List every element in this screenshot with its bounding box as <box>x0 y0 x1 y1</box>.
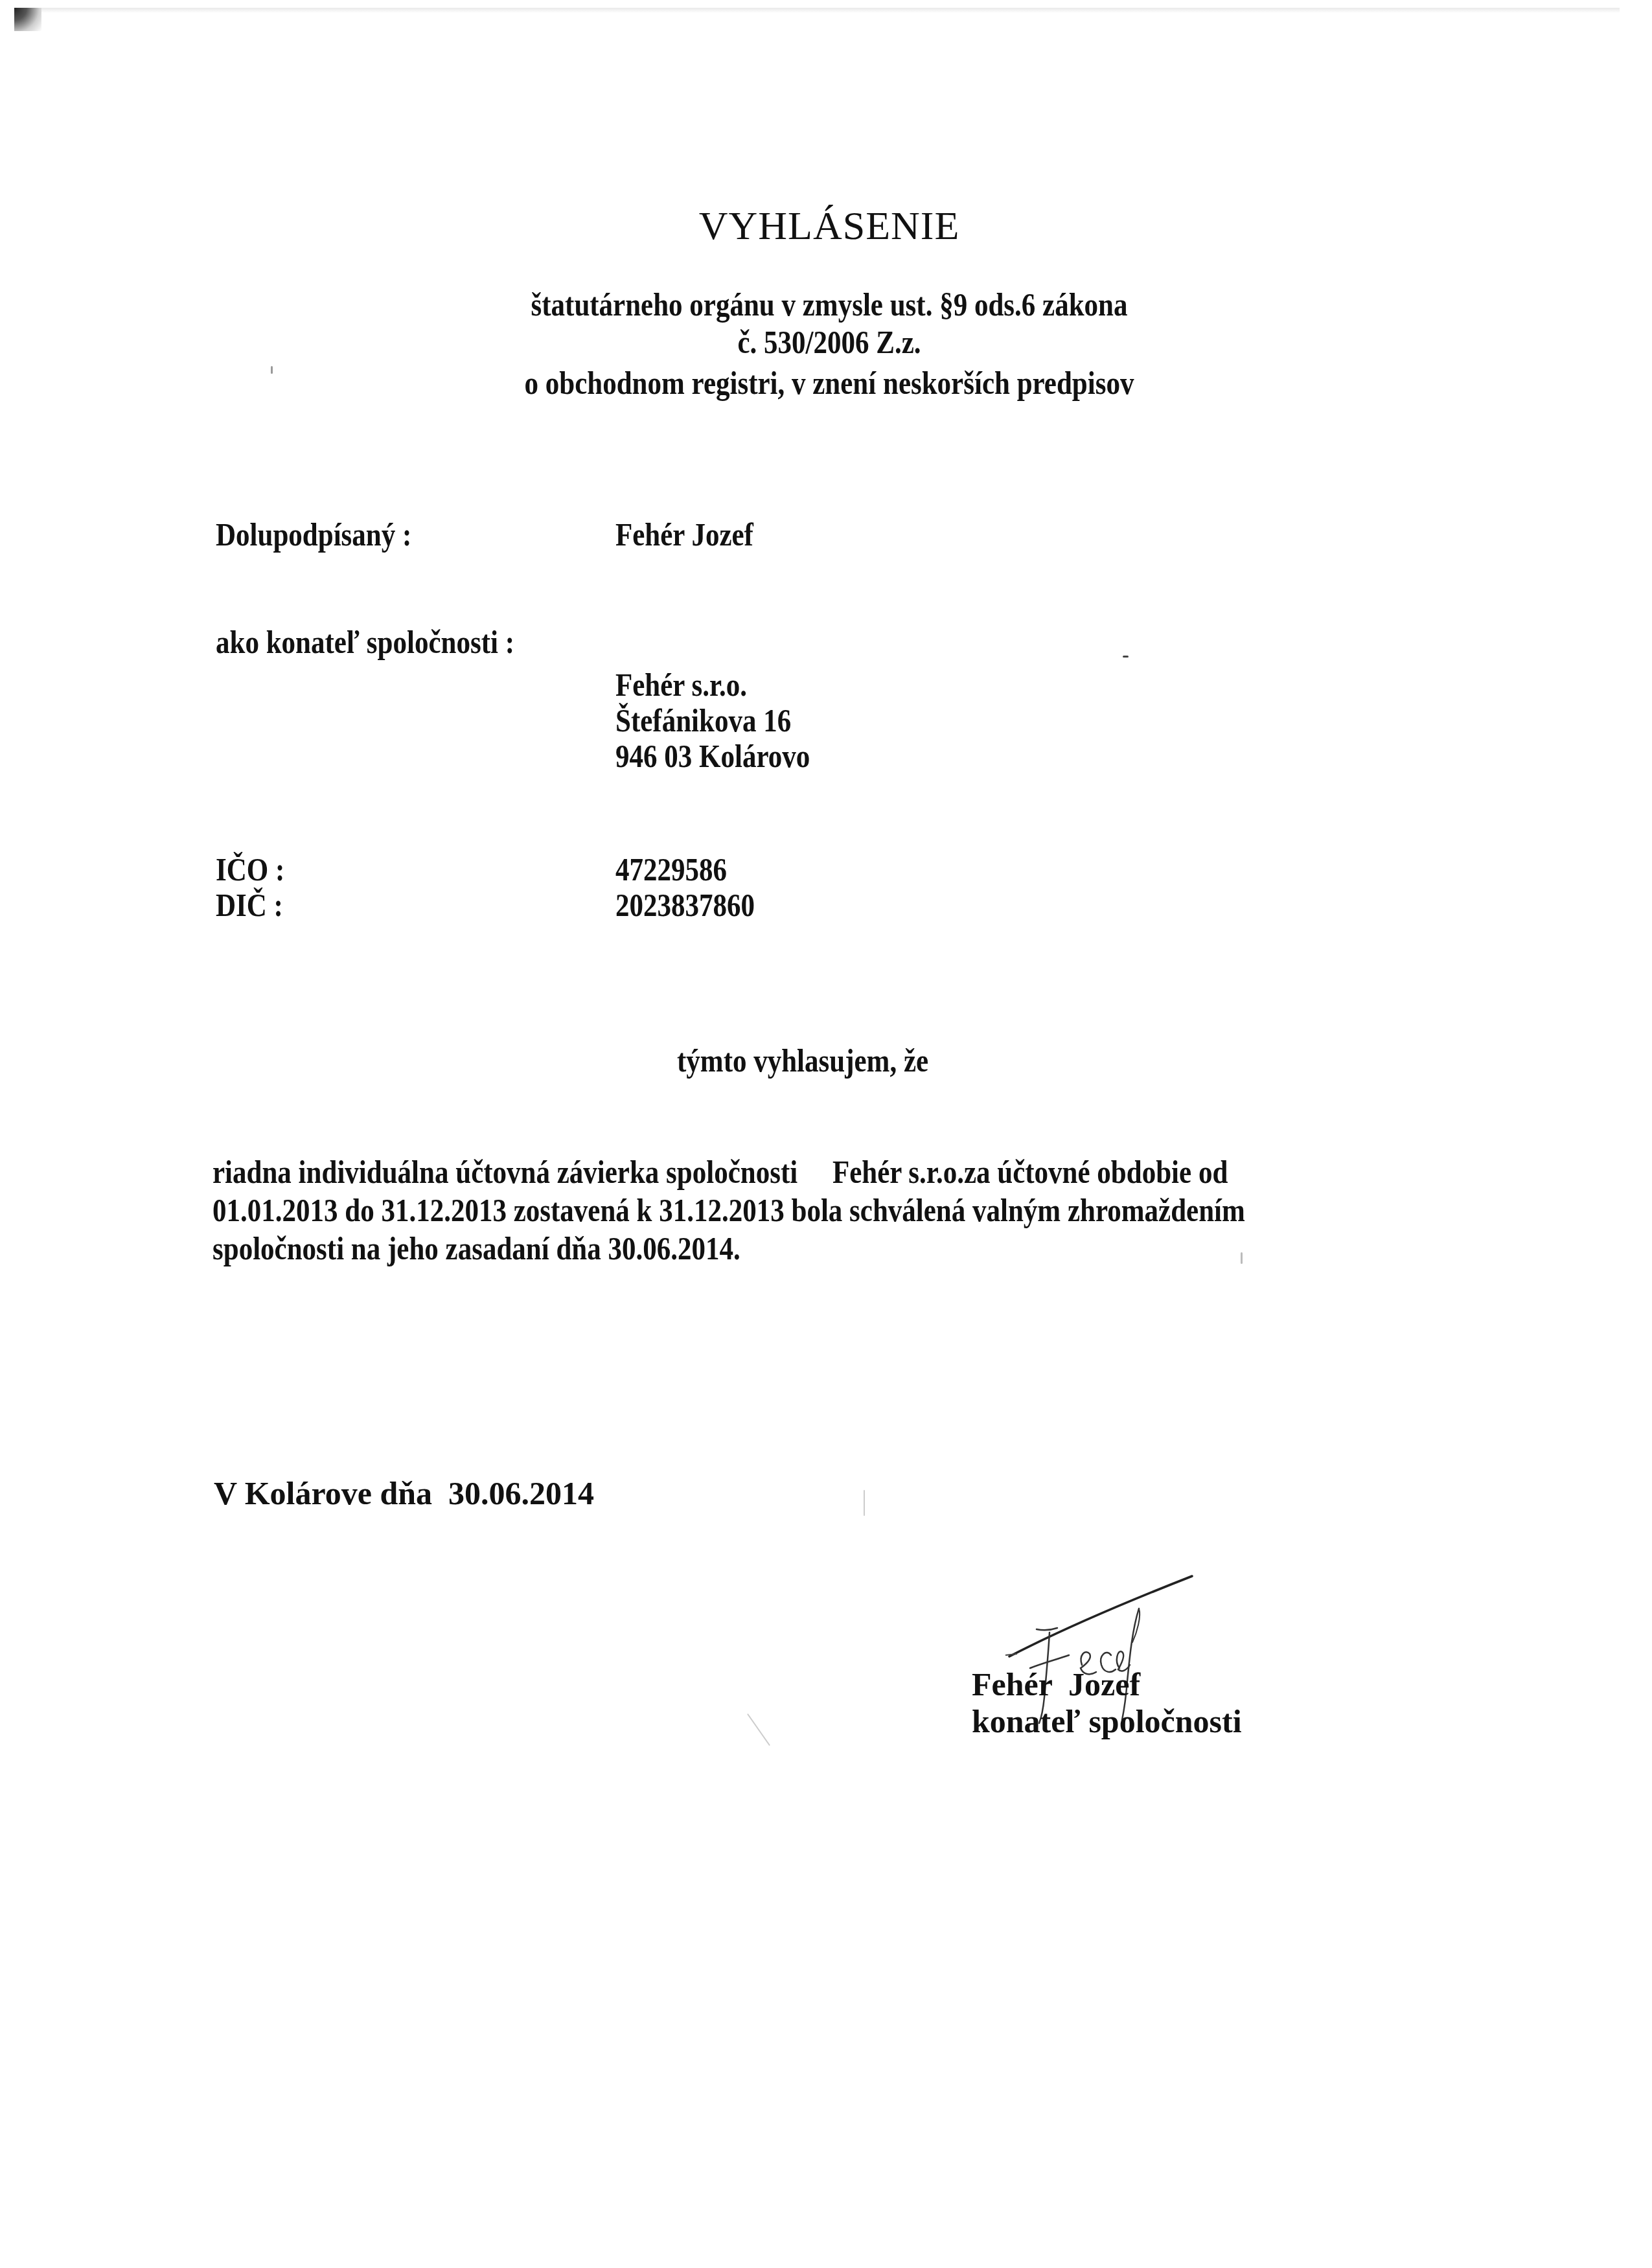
scan-speck <box>1123 656 1129 658</box>
declaration-intro: týmto vyhlasujem, že <box>677 1044 928 1077</box>
signatory-role: konateľ spoločnosti <box>972 1705 1242 1737</box>
company-name: Fehér s.r.o. <box>615 669 747 701</box>
declaration-line-1: riadna individuálna účtovná závierka spo… <box>212 1156 1228 1188</box>
dic-value: 2023837860 <box>615 889 755 921</box>
company-city: 946 03 Kolárovo <box>615 740 810 772</box>
scan-speck <box>864 1490 865 1516</box>
document-title: VYHLÁSENIE <box>0 206 1652 246</box>
scan-corner-shadow <box>14 8 41 31</box>
place-date: V Kolárove dňa 30.06.2014 <box>214 1477 594 1509</box>
undersigned-value: Fehér Jozef <box>615 518 753 551</box>
dic-label: DIČ : <box>216 889 283 921</box>
company-street: Štefánikova 16 <box>615 704 791 737</box>
subtitle-line-1: štatutárneho orgánu v zmysle ust. §9 ods… <box>116 288 1543 321</box>
subtitle-line-2: č. 530/2006 Z.z. <box>116 326 1543 358</box>
undersigned-label: Dolupodpísaný : <box>216 518 411 551</box>
declaration-line-2: 01.01.2013 do 31.12.2013 zostavená k 31.… <box>212 1194 1245 1226</box>
scan-speck <box>747 1713 770 1746</box>
role-label: ako konateľ spoločnosti : <box>216 626 514 658</box>
ico-label: IČO : <box>216 853 284 886</box>
signatory-name: Fehér Jozef <box>972 1668 1140 1701</box>
subtitle-line-3: o obchodnom registri, v znení neskorších… <box>116 367 1543 399</box>
scan-edge <box>39 8 1620 13</box>
declaration-line-3: spoločnosti na jeho zasadaní dňa 30.06.2… <box>212 1232 740 1265</box>
ico-value: 47229586 <box>615 853 727 886</box>
scan-speck <box>1241 1252 1243 1264</box>
